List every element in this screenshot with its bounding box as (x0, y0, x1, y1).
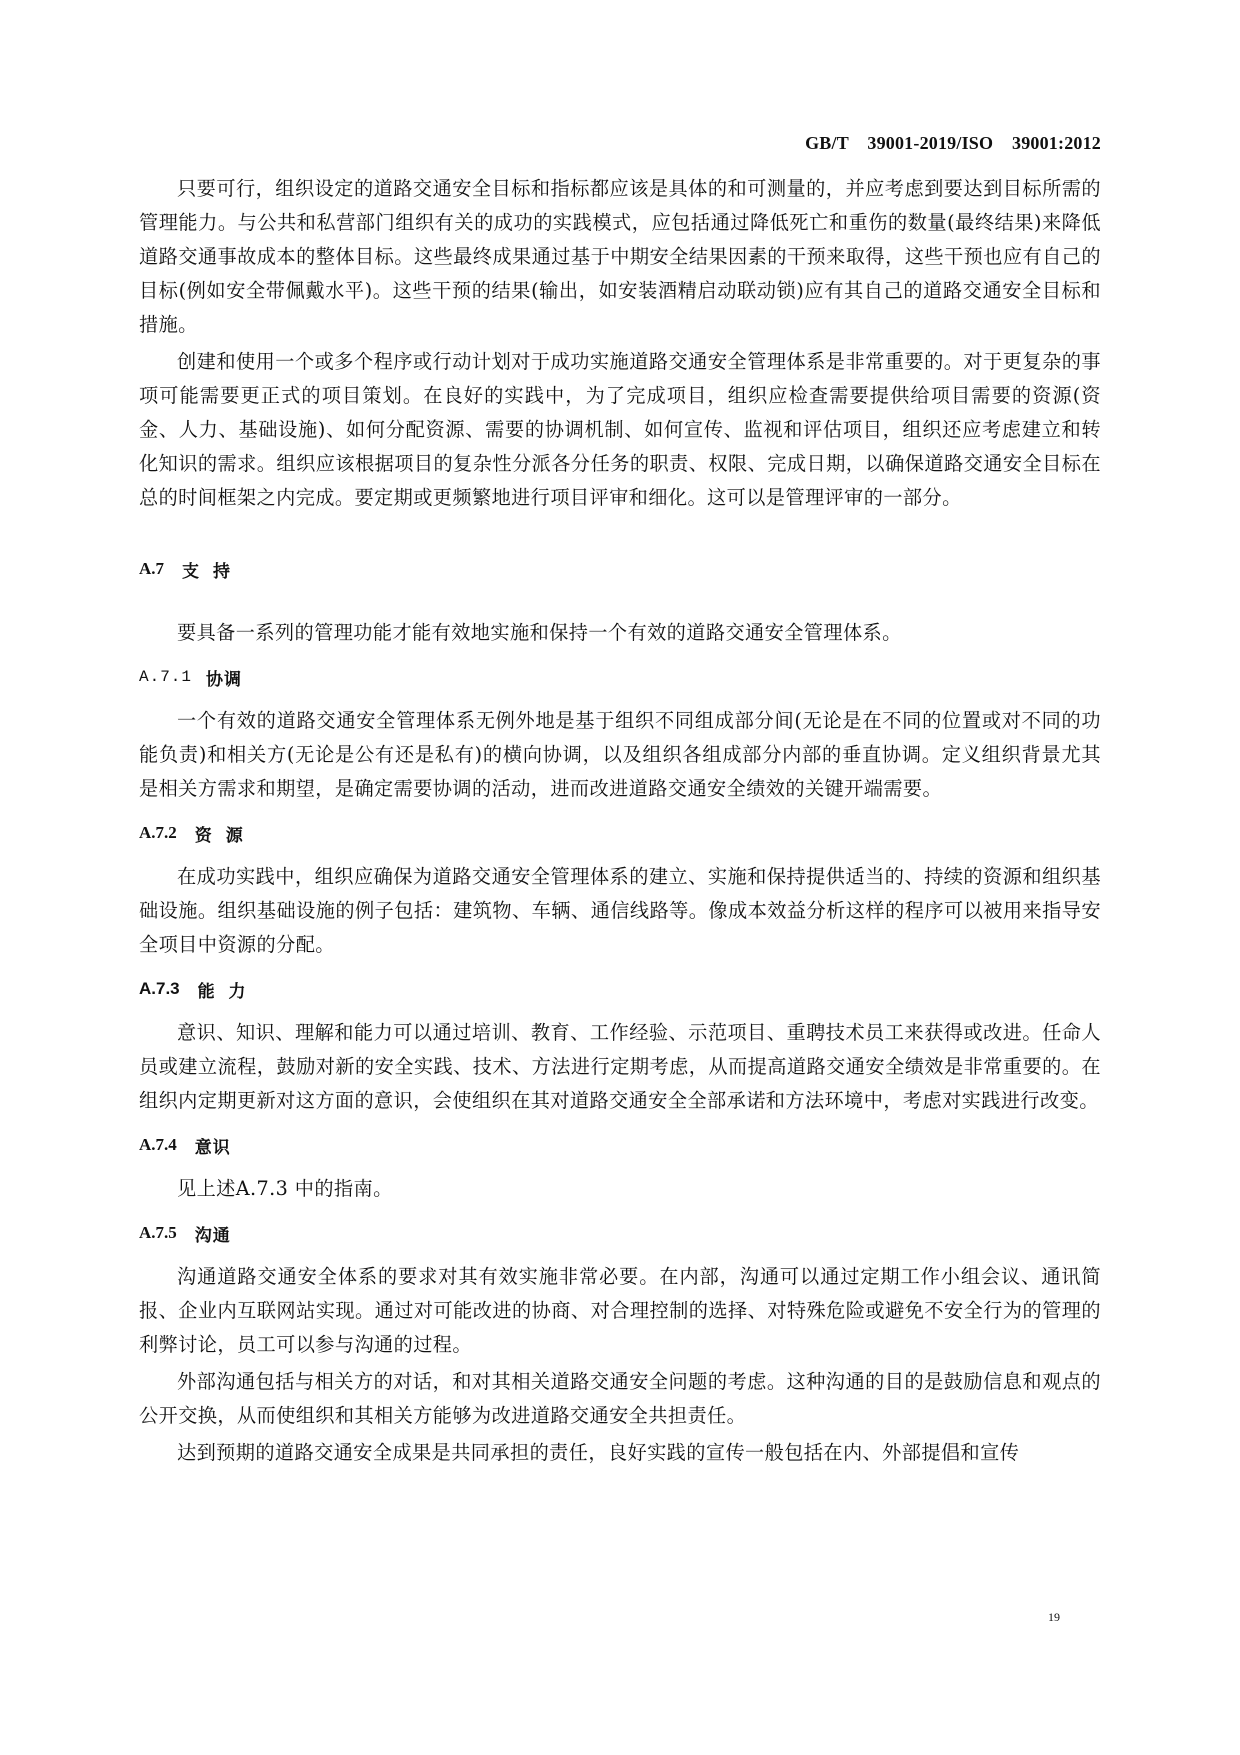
subsection-a7-5-paragraph-2: 外部沟通包括与相关方的对话，和对其相关道路交通安全问题的考虑。这种沟通的目的是鼓… (139, 1365, 1101, 1433)
section-heading-a7: A.7 支 持 (139, 552, 1101, 586)
subsection-number: A.7.4 (139, 1135, 177, 1155)
subsection-heading-a7-3: A.7.3 能 力 (139, 972, 1101, 1006)
subsection-a7-3-paragraph: 意识、知识、理解和能力可以通过培训、教育、工作经验、示范项目、重聘技术员工来获得… (139, 1016, 1101, 1118)
subsection-number: A.7.2 (139, 823, 177, 843)
subsection-title: 资 源 (195, 821, 247, 846)
subsection-a7-1-paragraph: 一个有效的道路交通安全管理体系无例外地是基于组织不同组成部分间(无论是在不同的位… (139, 704, 1101, 806)
subsection-number: A.7.5 (139, 1223, 177, 1243)
subsection-heading-a7-4: A.7.4 意识 (139, 1128, 1101, 1162)
subsection-a7-4-paragraph: 见上述A.7.3 中的指南。 (139, 1172, 1101, 1206)
subsection-title: 能 力 (198, 977, 250, 1002)
section-number: A.7 (139, 559, 164, 579)
subsection-heading-a7-1: A.7.1 协调 (139, 660, 1101, 694)
subsection-number: A.7.3 (139, 979, 180, 999)
subsection-title: 协调 (206, 665, 242, 690)
section-a7-paragraph: 要具备一系列的管理功能才能有效地实施和保持一个有效的道路交通安全管理体系。 (139, 616, 1101, 650)
page-number: 19 (1048, 1610, 1060, 1625)
standard-code-header: GB/T 39001-2019/ISO 39001:2012 (805, 133, 1101, 154)
subsection-title: 意识 (195, 1133, 231, 1158)
subsection-heading-a7-5: A.7.5 沟通 (139, 1216, 1101, 1250)
intro-paragraph-2: 创建和使用一个或多个程序或行动计划对于成功实施道路交通安全管理体系是非常重要的。… (139, 345, 1101, 515)
subsection-a7-2-paragraph: 在成功实践中，组织应确保为道路交通安全管理体系的建立、实施和保持提供适当的、持续… (139, 860, 1101, 962)
document-body: 只要可行，组织设定的道路交通安全目标和指标都应该是具体的和可测量的，并应考虑到要… (139, 172, 1101, 1470)
section-title: 支 持 (182, 557, 234, 582)
subsection-heading-a7-2: A.7.2 资 源 (139, 816, 1101, 850)
subsection-number: A.7.1 (139, 668, 192, 686)
intro-paragraph-1: 只要可行，组织设定的道路交通安全目标和指标都应该是具体的和可测量的，并应考虑到要… (139, 172, 1101, 342)
subsection-a7-5-paragraph-3: 达到预期的道路交通安全成果是共同承担的责任，良好实践的宣传一般包括在内、外部提倡… (139, 1436, 1101, 1470)
subsection-title: 沟通 (195, 1221, 231, 1246)
subsection-a7-5-paragraph-1: 沟通道路交通安全体系的要求对其有效实施非常必要。在内部，沟通可以通过定期工作小组… (139, 1260, 1101, 1362)
